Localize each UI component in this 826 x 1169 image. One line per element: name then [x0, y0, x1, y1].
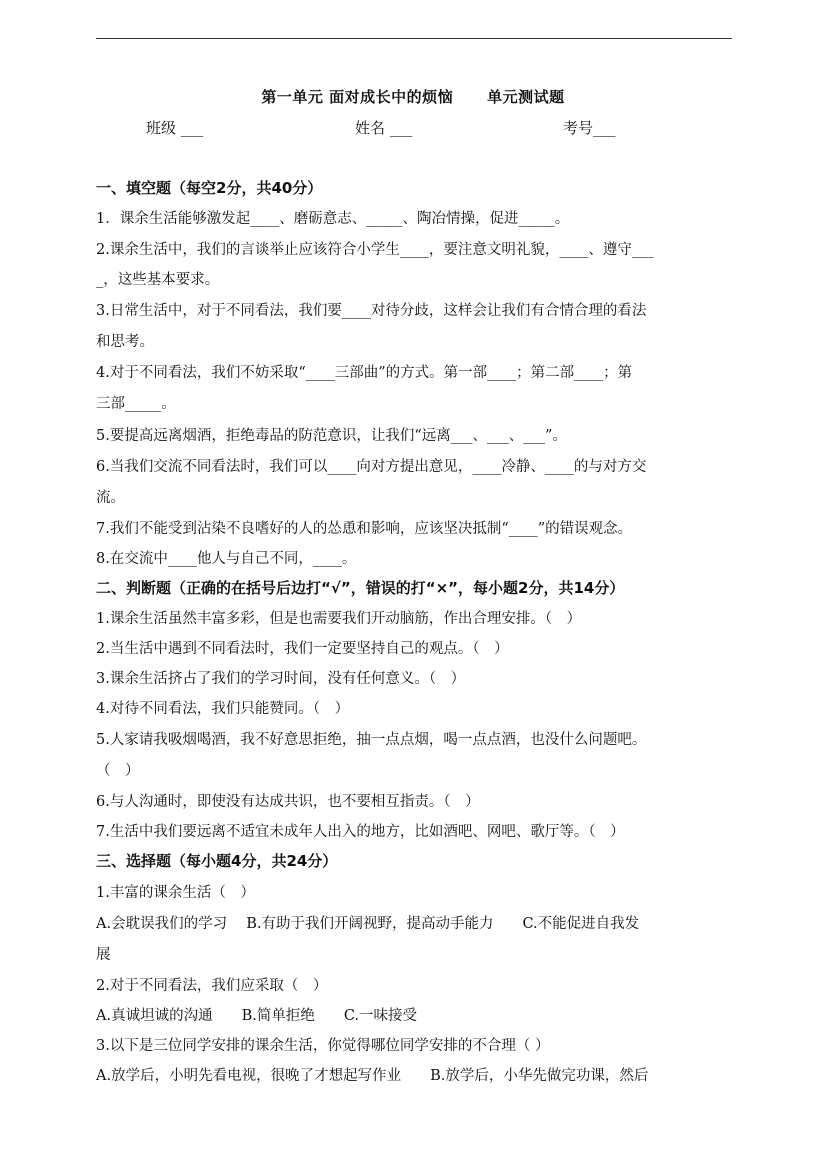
class-field[interactable]: 班级 ___: [146, 117, 203, 138]
page-title: 第一单元 面对成长中的烦恼单元测试题: [0, 86, 826, 107]
fill-line: 5.要提高远离烟酒，拒绝毒品的防范意识，让我们“远离___、___、___”。: [96, 424, 736, 445]
fill-line: 4.对于不同看法，我们不妨采取“____三部曲”的方式。第一部____；第二部_…: [96, 361, 736, 382]
judge-line: 6.与人沟通时，即使没有达成共识，也不要相互指责。（ ）: [96, 790, 736, 811]
fill-line: 三部_____。: [96, 392, 736, 413]
fill-line: 2.课余生活中，我们的言谈举止应该符合小学生____，要注意文明礼貌，____、…: [96, 238, 736, 259]
section3-heading: 三、选择题（每小题4分，共24分）: [96, 850, 736, 871]
title-part2: 单元测试题: [487, 88, 565, 106]
judge-line: 1.课余生活虽然丰富多彩，但是也需要我们开动脑筋，作出合理安排。（ ）: [96, 607, 736, 628]
fill-line: 流。: [96, 486, 736, 507]
section2-heading: 二、判断题（正确的在括号后边打“√”，错误的打“×”，每小题2分，共14分）: [96, 577, 736, 598]
choice-line: 1.丰富的课余生活（ ）: [96, 881, 736, 902]
fill-line: 7.我们不能受到沾染不良嗜好的人的怂恿和影响，应该坚决抵制“____”的错误观念…: [96, 517, 736, 538]
fill-line: _，这些基本要求。: [96, 268, 736, 289]
choice-line: 2.对于不同看法，我们应采取（ ）: [96, 974, 736, 995]
choice-line: A.真诚坦诚的沟通 B.简单拒绝 C.一味接受: [96, 1004, 736, 1025]
choice-line: 3.以下是三位同学安排的课余生活，你觉得哪位同学安排的不合理（ ）: [96, 1034, 736, 1055]
judge-line: 4.对待不同看法，我们只能赞同。（ ）: [96, 697, 736, 718]
judge-line: （ ）: [96, 759, 736, 780]
judge-line: 5.人家请我吸烟喝酒，我不好意思拒绝，抽一点点烟，喝一点点酒，也没什么问题吧。: [96, 728, 736, 749]
header-rule: [96, 38, 732, 39]
title-part1: 第一单元 面对成长中的烦恼: [261, 88, 453, 106]
choice-line: A.会耽误我们的学习 B.有助于我们开阔视野，提高动手能力 C.不能促进自我发: [96, 912, 736, 933]
fill-line: 6.当我们交流不同看法时，我们可以____向对方提出意见，____冷静、____…: [96, 455, 736, 476]
fill-line: 和思考。: [96, 330, 736, 351]
fill-line: 8.在交流中____他人与自己不同，____。: [96, 547, 736, 568]
fill-line: 1．课余生活能够激发起____、磨砺意志、_____、陶冶情操，促进_____。: [96, 207, 736, 228]
judge-line: 2.当生活中遇到不同看法时，我们一定要坚持自己的观点。（ ）: [96, 637, 736, 658]
exam-no-field[interactable]: 考号___: [563, 117, 616, 138]
choice-line: A.放学后，小明先看电视，很晚了才想起写作业 B.放学后，小华先做完功课，然后: [96, 1064, 736, 1085]
fill-line: 3.日常生活中，对于不同看法，我们要____对待分歧，这样会让我们有合情合理的看…: [96, 299, 736, 320]
choice-line: 展: [96, 943, 736, 964]
judge-line: 3.课余生活挤占了我们的学习时间，没有任何意义。（ ）: [96, 667, 736, 688]
judge-line: 7.生活中我们要远离不适宜未成年人出入的地方，比如酒吧、网吧、歌厅等。（ ）: [96, 820, 736, 841]
name-field[interactable]: 姓名 ___: [355, 117, 412, 138]
section1-heading: 一、填空题（每空2分，共40分）: [96, 177, 736, 198]
